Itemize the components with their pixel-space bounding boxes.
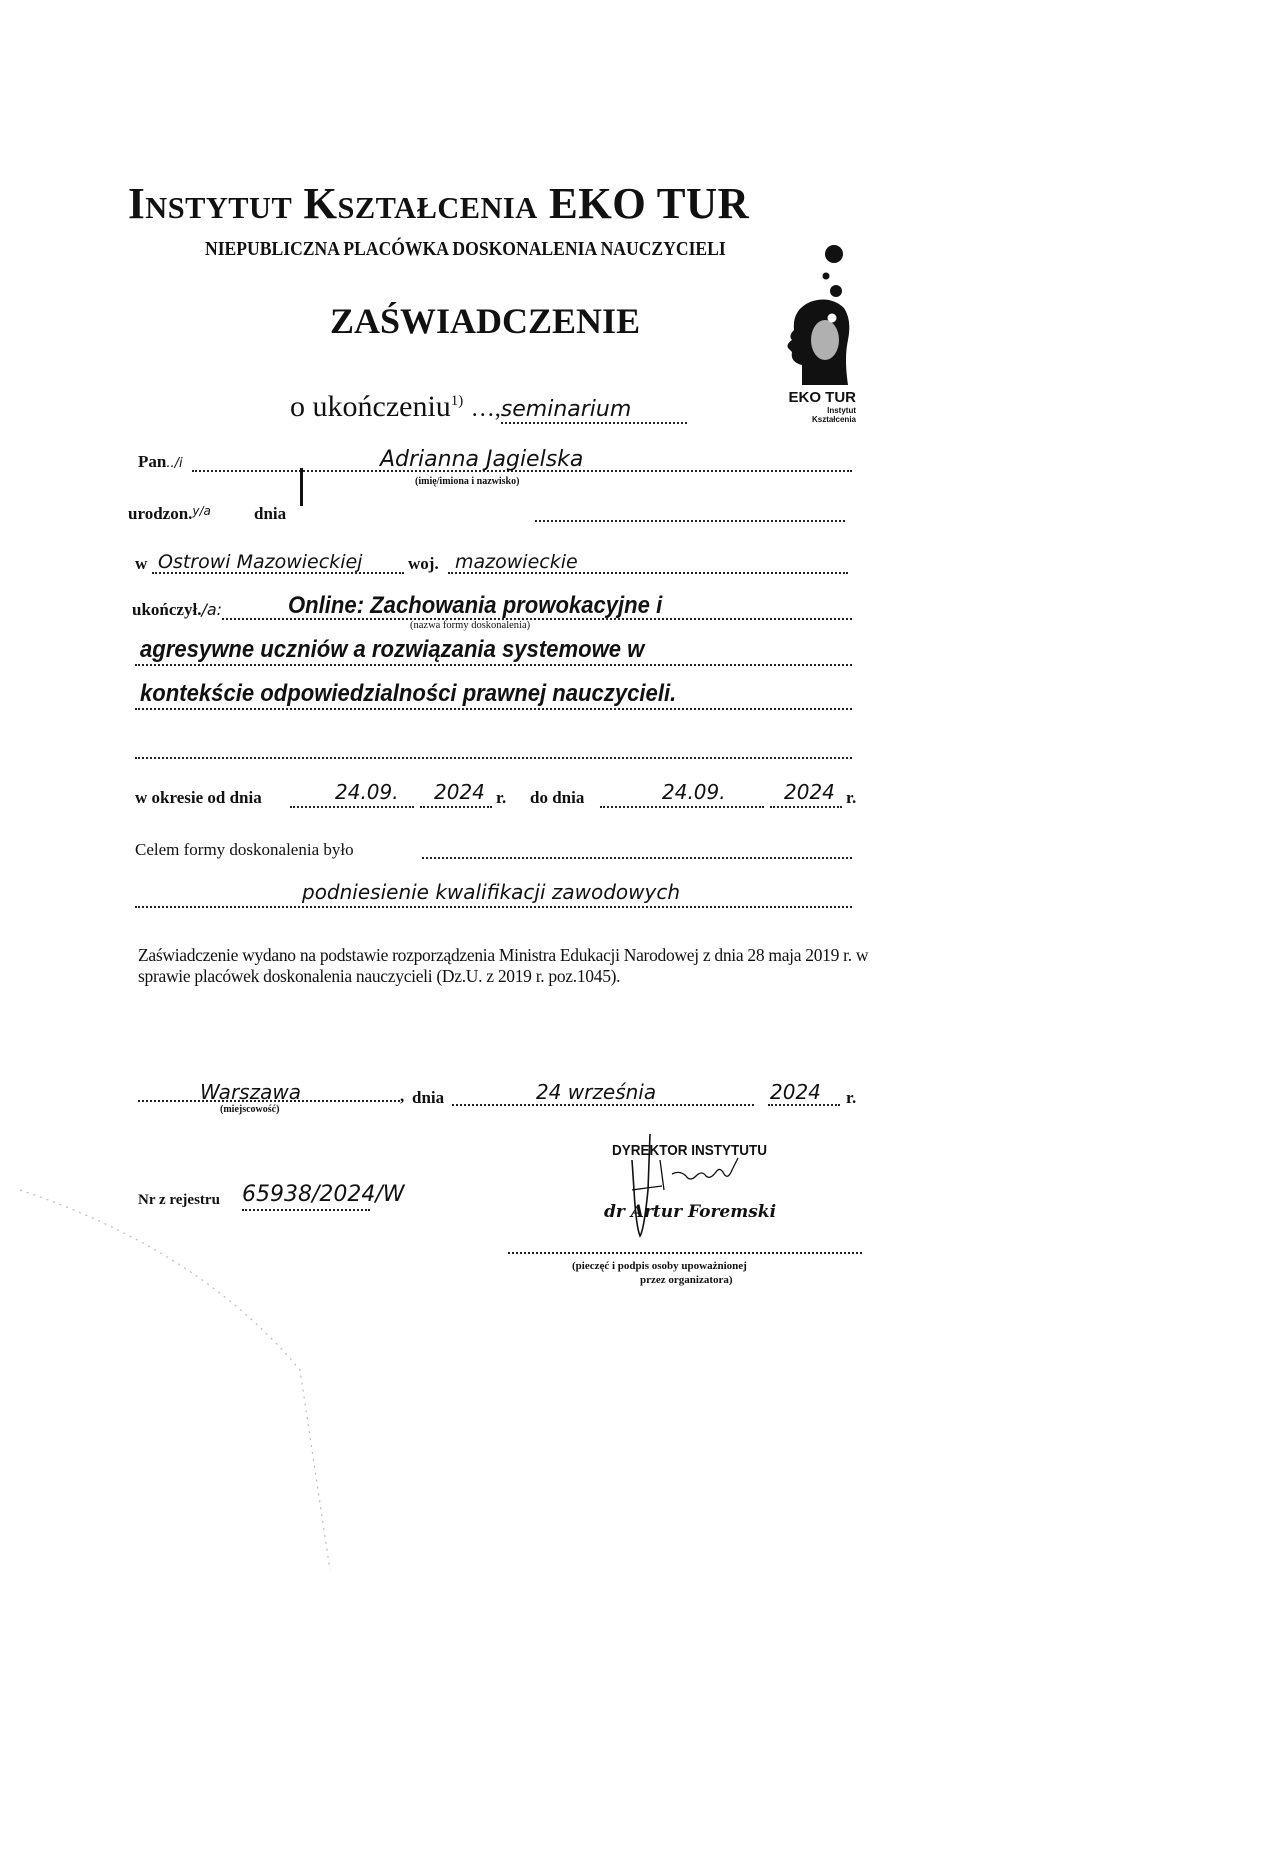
period-to-label: do dnia — [530, 788, 584, 808]
signature-caption-1: (pieczęć i podpis osoby upoważnionej — [572, 1260, 747, 1272]
completion-label: o ukończeniu — [290, 390, 451, 423]
course-line-3 — [135, 708, 852, 710]
director-name: dr Artur Foremski — [604, 1202, 776, 1222]
name-caption: (imię/imiona i nazwisko) — [415, 476, 519, 487]
to-date-line — [600, 806, 764, 808]
issue-date-line — [452, 1104, 754, 1106]
issue-date: 24 września — [536, 1080, 656, 1104]
course-line-4 — [135, 757, 852, 759]
course-line-2 — [135, 664, 852, 666]
issue-comma: , — [400, 1086, 404, 1106]
eko-tur-logo: EKO TUR Instytut Kształcenia — [780, 240, 880, 430]
place-prefix: w — [135, 554, 147, 574]
issue-year: 2024 — [770, 1080, 821, 1104]
institute-name: Instytut Kształcenia EKO TUR — [128, 178, 749, 229]
signature-line — [508, 1252, 862, 1254]
from-year: 2024 — [434, 780, 485, 804]
province-label: woj. — [408, 554, 439, 574]
born-label: urodzon.y/a — [128, 504, 211, 524]
purpose-line-2 — [135, 906, 852, 908]
logo-line1: Instytut — [780, 406, 856, 415]
period-from-label: w okresie od dnia — [135, 788, 262, 808]
scan-mark — [300, 468, 303, 506]
footnote-marker: 1) — [451, 393, 464, 409]
to-year: 2024 — [784, 780, 835, 804]
signature-caption-2: przez organizatora) — [640, 1274, 733, 1286]
issue-day-label: dnia — [412, 1088, 444, 1108]
issue-year-suffix: r. — [846, 1088, 856, 1108]
from-date: 24.09. — [335, 780, 399, 804]
province: mazowieckie — [455, 551, 578, 573]
purpose-label: Celem formy doskonalenia było — [135, 840, 354, 860]
logo-name: EKO TUR — [780, 389, 856, 406]
issue-place: Warszawa — [200, 1080, 301, 1104]
purpose-value: podniesienie kwalifikacji zawodowych — [302, 880, 680, 904]
course-title-line-2: agresywne uczniów a rozwiązania systemow… — [140, 636, 644, 664]
from-year-line — [420, 806, 492, 808]
birth-place: Ostrowi Mazowieckiej — [158, 551, 362, 573]
course-caption: (nazwa formy doskonalenia) — [410, 620, 530, 631]
to-year-suffix: r. — [846, 788, 856, 808]
scan-artifact — [0, 1170, 420, 1590]
to-year-line — [770, 806, 842, 808]
issue-place-caption: (miejscowość) — [220, 1104, 279, 1115]
head-silhouette-icon — [780, 240, 880, 390]
birth-date-line — [535, 520, 845, 522]
legal-basis-text: Zaświadczenie wydano na podstawie rozpor… — [138, 945, 878, 987]
logo-line2: Kształcenia — [780, 415, 856, 424]
course-title-line-1: Online: Zachowania prowokacyjne i — [288, 592, 662, 620]
recipient-prefix: Pan../i — [138, 452, 183, 472]
institute-subtitle: NIEPUBLICZNA PLACÓWKA DOSKONALENIA NAUCZ… — [205, 238, 726, 261]
purpose-line-1 — [422, 857, 852, 859]
from-date-line — [290, 806, 414, 808]
from-year-suffix: r. — [496, 788, 506, 808]
signature-scribble-icon — [610, 1130, 790, 1240]
issue-year-line — [768, 1104, 840, 1106]
completion-type: seminarium — [501, 397, 688, 424]
to-date: 24.09. — [662, 780, 726, 804]
completion-line: o ukończeniu1) …,seminarium — [290, 390, 687, 424]
recipient-name: Adrianna Jagielska — [380, 447, 583, 472]
born-day-label: dnia — [254, 504, 286, 524]
completed-label: ukończył./a: — [132, 600, 222, 620]
course-title-line-3: kontekście odpowiedzialności prawnej nau… — [140, 680, 676, 708]
document-title: ZAŚWIADCZENIE — [330, 300, 640, 342]
